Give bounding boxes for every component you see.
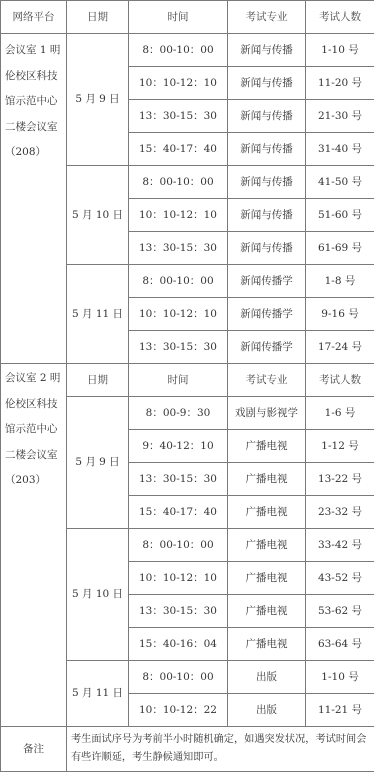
time-cell: 13：30-15：30	[129, 100, 228, 133]
major-cell: 新闻传播学	[228, 331, 306, 364]
count-cell: 51-60 号	[306, 199, 374, 232]
count-cell: 11-20 号	[306, 67, 374, 100]
major-cell: 新闻与传播	[228, 199, 306, 232]
header-row: 会议室 2 明伦校区科技馆示范中心二楼会议室（203） 日期 时间 考试专业 考…	[1, 364, 374, 397]
time-cell: 8：00-9：30	[129, 397, 228, 430]
count-cell: 17-24 号	[306, 331, 374, 364]
header-time: 时间	[129, 1, 228, 34]
count-cell: 63-64 号	[306, 628, 374, 661]
major-cell: 新闻传播学	[228, 298, 306, 331]
major-cell: 新闻与传播	[228, 133, 306, 166]
count-cell: 21-30 号	[306, 100, 374, 133]
table-row: 会议室 1 明伦校区科技馆示范中心二楼会议室（208） 5 月 9 日 8：00…	[1, 34, 374, 67]
time-cell: 15：40-17：40	[129, 496, 228, 529]
venue-name: 会议室 2 明伦校区科技馆示范中心二楼会议室（203）	[1, 364, 67, 727]
note-text: 考生面试序号为考前半小时随机确定，如遇突发状况，考试时间会有些许顺延，考生静候通…	[67, 727, 374, 769]
count-cell: 1-6 号	[306, 397, 374, 430]
major-cell: 广播电视	[228, 463, 306, 496]
major-cell: 新闻与传播	[228, 100, 306, 133]
date-cell: 5 月 10 日	[67, 529, 129, 661]
major-cell: 新闻与传播	[228, 34, 306, 67]
date-cell: 5 月 10 日	[67, 166, 129, 265]
exam-schedule-table: 网络平台 日期 时间 考试专业 考试人数 会议室 1 明伦校区科技馆示范中心二楼…	[0, 0, 374, 768]
header-platform: 网络平台	[1, 1, 67, 34]
major-cell: 新闻与传播	[228, 166, 306, 199]
header-date: 日期	[67, 364, 129, 397]
time-cell: 9：40-12：10	[129, 430, 228, 463]
time-cell: 10：10-12：22	[129, 694, 228, 727]
major-cell: 新闻与传播	[228, 232, 306, 265]
major-cell: 广播电视	[228, 595, 306, 628]
count-cell: 11-21 号	[306, 694, 374, 727]
major-cell: 出版	[228, 694, 306, 727]
count-cell: 1-10 号	[306, 34, 374, 67]
header-date: 日期	[67, 1, 129, 34]
header-row: 网络平台 日期 时间 考试专业 考试人数	[1, 1, 374, 34]
major-cell: 广播电视	[228, 496, 306, 529]
major-cell: 出版	[228, 661, 306, 694]
count-cell: 41-50 号	[306, 166, 374, 199]
time-cell: 8：00-10：00	[129, 265, 228, 298]
time-cell: 15：40-16：04	[129, 628, 228, 661]
time-cell: 15：40-17：40	[129, 133, 228, 166]
time-cell: 10：10-12：10	[129, 298, 228, 331]
count-cell: 23-32 号	[306, 496, 374, 529]
major-cell: 广播电视	[228, 562, 306, 595]
count-cell: 53-62 号	[306, 595, 374, 628]
time-cell: 13：30-15：30	[129, 595, 228, 628]
count-cell: 43-52 号	[306, 562, 374, 595]
time-cell: 13：30-15：30	[129, 463, 228, 496]
time-cell: 8：00-10：00	[129, 661, 228, 694]
major-cell: 广播电视	[228, 430, 306, 463]
count-cell: 1-8 号	[306, 265, 374, 298]
header-count: 考试人数	[306, 1, 374, 34]
header-count: 考试人数	[306, 364, 374, 397]
header-time: 时间	[129, 364, 228, 397]
header-major: 考试专业	[228, 364, 306, 397]
major-cell: 广播电视	[228, 628, 306, 661]
major-cell: 广播电视	[228, 529, 306, 562]
count-cell: 9-16 号	[306, 298, 374, 331]
note-label: 备注	[1, 727, 67, 769]
count-cell: 1-10 号	[306, 661, 374, 694]
time-cell: 8：00-10：00	[129, 529, 228, 562]
count-cell: 13-22 号	[306, 463, 374, 496]
count-cell: 1-12 号	[306, 430, 374, 463]
time-cell: 13：30-15：30	[129, 331, 228, 364]
note-row: 备注 考生面试序号为考前半小时随机确定，如遇突发状况，考试时间会有些许顺延，考生…	[1, 727, 374, 769]
date-cell: 5 月 9 日	[67, 397, 129, 529]
count-cell: 31-40 号	[306, 133, 374, 166]
time-cell: 10：10-12：10	[129, 562, 228, 595]
major-cell: 新闻与传播	[228, 67, 306, 100]
count-cell: 33-42 号	[306, 529, 374, 562]
time-cell: 8：00-10：00	[129, 166, 228, 199]
major-cell: 新闻传播学	[228, 265, 306, 298]
time-cell: 8：00-10：00	[129, 34, 228, 67]
count-cell: 61-69 号	[306, 232, 374, 265]
date-cell: 5 月 9 日	[67, 34, 129, 166]
time-cell: 13：30-15：30	[129, 232, 228, 265]
date-cell: 5 月 11 日	[67, 661, 129, 727]
time-cell: 10：10-12：10	[129, 67, 228, 100]
header-major: 考试专业	[228, 1, 306, 34]
date-cell: 5 月 11 日	[67, 265, 129, 364]
venue-name: 会议室 1 明伦校区科技馆示范中心二楼会议室（208）	[1, 34, 67, 364]
time-cell: 10：10-12：10	[129, 199, 228, 232]
major-cell: 戏剧与影视学	[228, 397, 306, 430]
